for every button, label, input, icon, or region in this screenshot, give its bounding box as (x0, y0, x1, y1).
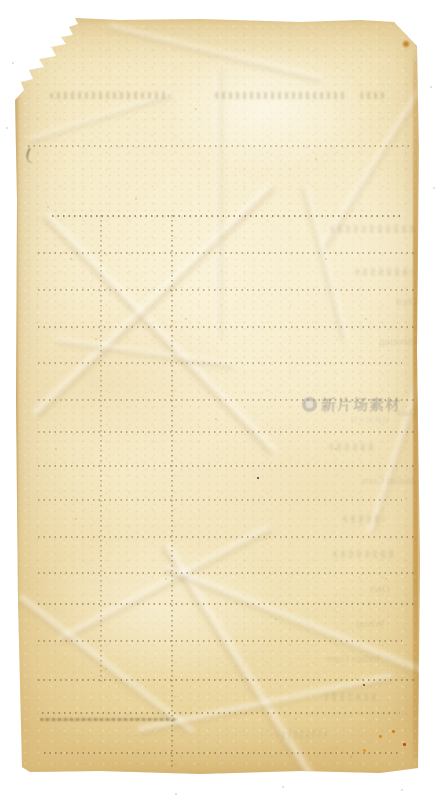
ghost-bleedthrough-smudge (355, 268, 413, 276)
ruled-line-horizontal (44, 752, 400, 754)
watermark-subtext: 新片场素材 (350, 415, 390, 426)
paper-crease (137, 671, 394, 737)
paper-freckle (405, 498, 407, 500)
ghost-bleedthrough-text: Oats (370, 583, 390, 595)
stain-speck (379, 735, 382, 738)
ruled-line-horizontal (38, 289, 414, 291)
dust-speck (282, 786, 284, 788)
paper-freckle (75, 518, 77, 520)
ruled-line-horizontal (38, 431, 414, 433)
paper-left-edge-stain (15, 98, 18, 758)
paper-freckle (95, 338, 97, 340)
paper-crease (40, 210, 279, 457)
paper-freckle (215, 418, 217, 420)
ghost-bleedthrough-text: Wheat (356, 618, 385, 630)
paper-freckle (195, 108, 197, 110)
paper-freckle (185, 318, 187, 320)
ruled-line-vertical (171, 215, 173, 770)
paper-freckle (385, 578, 387, 580)
paper-crease (215, 68, 223, 338)
paper-freckle (135, 198, 137, 200)
dust-speck (222, 762, 224, 764)
xinpianchang-logo-icon (302, 397, 317, 412)
stain-speck (350, 756, 352, 758)
pencil-mark (24, 148, 38, 164)
paper-freckle (135, 718, 137, 720)
watermark: 新片场素材 (302, 394, 401, 415)
ruled-line-horizontal (38, 603, 414, 605)
ruled-line-horizontal (38, 465, 414, 467)
dust-speck (6, 127, 8, 129)
paper-right-edge-stain (413, 58, 418, 758)
dust-speck (12, 62, 14, 64)
paper-freckle (295, 718, 297, 720)
dust-speck (430, 86, 432, 88)
stain-speck (392, 730, 395, 733)
ruled-line-horizontal (38, 499, 402, 501)
dust-speck (401, 789, 403, 791)
dust-speck (433, 187, 435, 189)
ruled-line-horizontal (38, 536, 414, 538)
photo-scan-background: DiedShootingOatsIndian CornOatsWheatIndi… (0, 0, 439, 800)
dust-speck (146, 28, 148, 30)
paper-freckle (265, 538, 267, 540)
ghost-bleedthrough-smudge (330, 225, 415, 233)
ghost-bleedthrough-smudge (329, 443, 375, 451)
ghost-bleedthrough-smudge (333, 550, 395, 558)
stain-speck (257, 477, 259, 479)
paper-crease (365, 351, 434, 535)
stain-speck (363, 749, 366, 752)
paper-crease (56, 522, 274, 645)
paper-freckle (365, 318, 367, 320)
stain-speck (403, 743, 406, 746)
aged-paper: DiedShootingOatsIndian CornOatsWheatIndi… (15, 18, 420, 775)
paper-crease (163, 562, 439, 686)
paper-freckle (55, 448, 57, 450)
paper-freckle (70, 258, 72, 260)
paper-freckle (335, 448, 337, 450)
dust-speck (175, 793, 177, 795)
paper-freckle (315, 158, 317, 160)
dust-speck (47, 206, 49, 208)
ruled-line-horizontal (38, 572, 414, 574)
faded-print-remnant (215, 92, 345, 99)
paper-crease (27, 90, 172, 145)
paper-crease (30, 181, 277, 420)
watermark-text: 新片场素材 (321, 394, 401, 415)
ruled-line-horizontal (38, 252, 414, 254)
ruled-line-horizontal (38, 326, 414, 328)
stain-speck (403, 41, 409, 47)
faded-print-remnant (360, 92, 385, 99)
